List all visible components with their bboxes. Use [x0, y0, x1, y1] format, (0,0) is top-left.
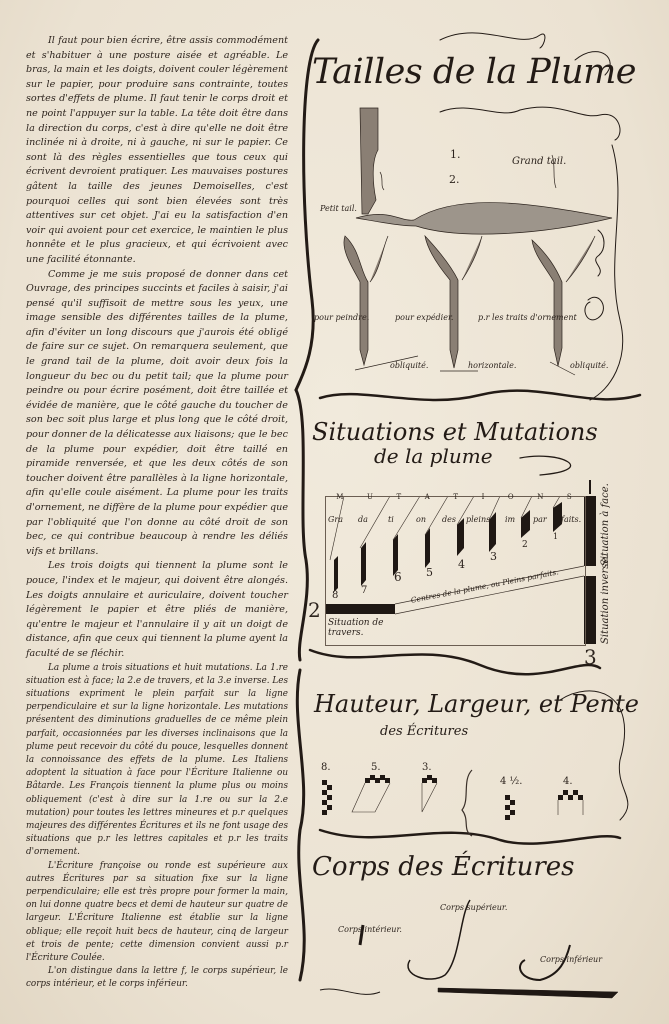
mutations-header-letters: M U T A T I O N S — [325, 493, 584, 501]
header-letter: S — [567, 493, 573, 501]
title-des-ecritures: des Écritures — [380, 724, 468, 739]
label-corps-superieur: Corps supérieur. — [440, 903, 507, 912]
measure-label: 4 ½. — [500, 776, 522, 787]
mutation-number: 7 — [361, 585, 367, 596]
gradation-word: on — [416, 515, 426, 524]
label-obliquite-left: obliquité. — [390, 361, 428, 370]
label-pour-expedier: pour expédier. — [395, 313, 453, 322]
label-horizontale: horizontale. — [468, 361, 516, 370]
title-de-la-plume: de la plume — [374, 444, 493, 468]
label-situation-travers: Situation de travers. — [328, 618, 388, 638]
mutation-number: 6 — [394, 570, 402, 584]
measure-label: 3. — [422, 762, 432, 773]
label-num-1: 1. — [450, 148, 461, 161]
measure-label: 5. — [371, 762, 381, 773]
label-corps-inferieur: Corps inférieur — [540, 955, 602, 964]
measure-label: 8. — [321, 762, 331, 773]
measure-label: 4. — [563, 776, 573, 787]
mutation-number: 3 — [490, 550, 497, 563]
label-obliquite-right: obliquité. — [570, 361, 608, 370]
mutation-number: 4 — [458, 558, 465, 571]
label-traits-ornement: p.r les traits d'ornement — [478, 313, 577, 322]
gradation-word: par — [533, 515, 547, 524]
gradation-word: im — [505, 515, 515, 524]
header-letter: O — [508, 493, 515, 501]
mutation-number: 2 — [522, 540, 528, 550]
gradation-word: Gra — [328, 515, 343, 524]
header-letter: N — [537, 493, 544, 501]
label-situation-inverse: Situation inverse. — [600, 554, 611, 644]
title-tailles: Tailles de la Plume — [312, 52, 636, 92]
header-letter: T — [453, 493, 459, 501]
header-letter: A — [425, 493, 431, 501]
gradation-word: pleins — [466, 515, 490, 524]
label-pour-peindre: pour peindre. — [314, 313, 369, 322]
mutation-number: 5 — [426, 566, 433, 579]
label-corps-interieur: Corps intérieur. — [338, 925, 402, 934]
title-situations: Situations et Mutations — [312, 418, 598, 446]
gradation-word: ti — [388, 515, 394, 524]
gradation-word: faits. — [561, 515, 581, 524]
situation-marker-3: 3 — [584, 645, 597, 669]
manuscript-page: Il faut pour bien écrire, être assis com… — [0, 0, 669, 1024]
gradation-word: da — [358, 515, 368, 524]
header-letter: T — [396, 493, 402, 501]
situation-marker-2: 2 — [308, 598, 321, 622]
gradation-word: des — [442, 515, 456, 524]
label-petit-tail: Petit tail. — [320, 204, 357, 213]
header-letter: U — [367, 493, 374, 501]
header-letter: I — [482, 493, 486, 501]
header-letter: M — [336, 493, 344, 501]
pen-illustrations — [344, 108, 612, 368]
label-grand-tail: Grand tail. — [512, 156, 566, 167]
height-measure-blocks — [322, 775, 583, 820]
mutation-number: 1 — [553, 532, 558, 541]
title-corps: Corps des Écritures — [312, 852, 575, 882]
mutation-number: 8 — [332, 590, 338, 601]
label-num-2: 2. — [449, 173, 460, 186]
title-hauteur: Hauteur, Largeur, et Pente — [314, 690, 639, 718]
